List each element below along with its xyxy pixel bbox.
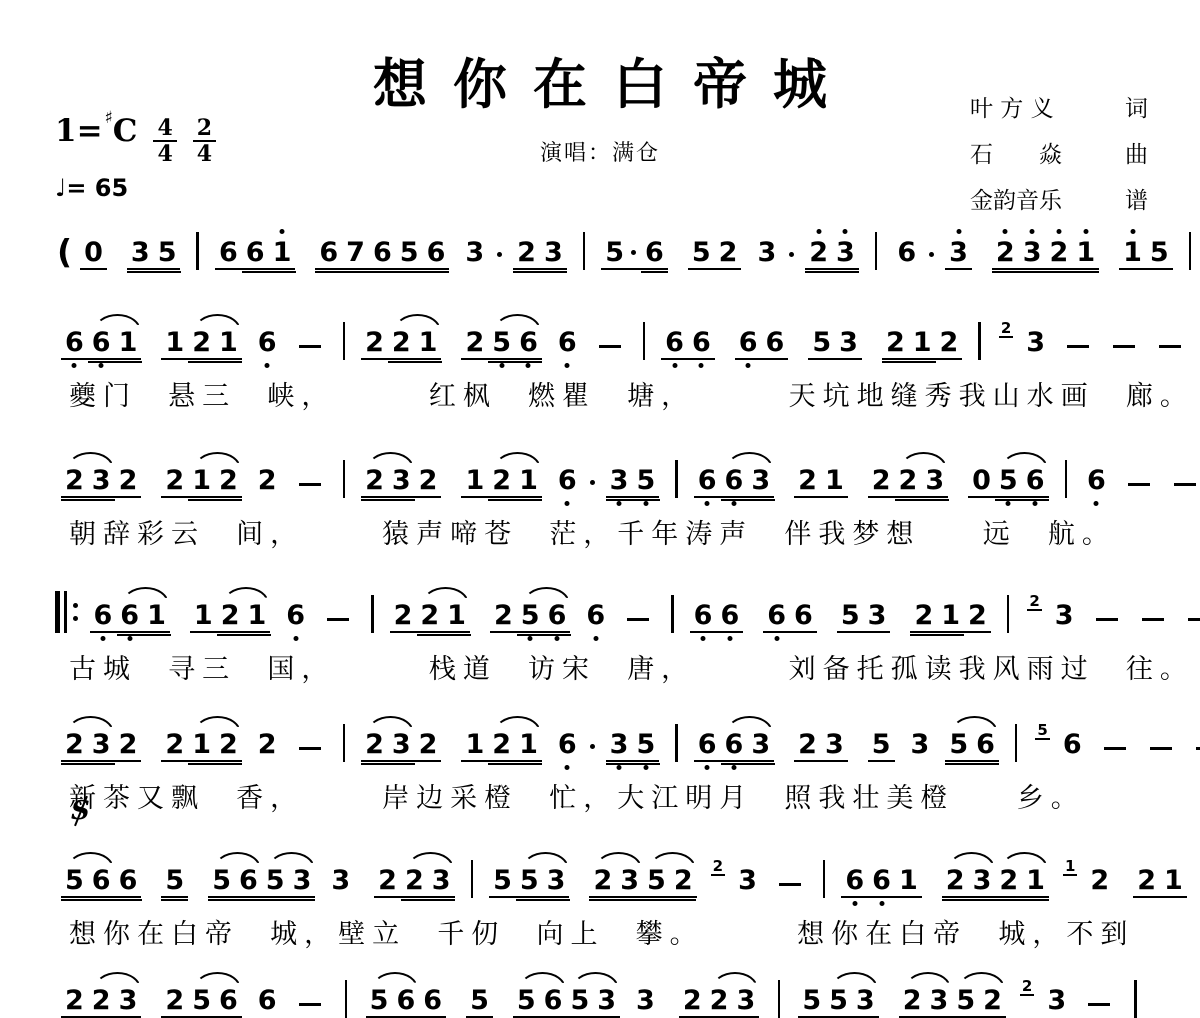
- duration-dash: [779, 883, 801, 887]
- note-6: 6: [544, 601, 571, 631]
- measure: 5652323: [595, 238, 865, 270]
- tempo-row: ♩= 65: [55, 174, 216, 202]
- beam-group: 35: [606, 466, 660, 498]
- note-5: 5: [868, 730, 895, 760]
- note-1: 1: [461, 730, 488, 760]
- low-octave-dot: [701, 636, 706, 641]
- beam-group: 5653: [513, 986, 620, 1018]
- credit-name: 石 焱: [970, 136, 1062, 169]
- note-6: 6: [215, 986, 242, 1016]
- note-2: 2: [217, 601, 244, 631]
- measure: 6611216: [84, 601, 362, 633]
- note-6: 6: [88, 866, 115, 896]
- note-2: 2: [488, 466, 515, 496]
- barline: [343, 724, 346, 762]
- high-octave-dot: [279, 229, 284, 234]
- sixteenth-underline: [882, 361, 936, 364]
- note-2: 2: [401, 866, 428, 896]
- note-6: 6: [215, 238, 242, 268]
- notation-row: (035661676563235652323632321156): [55, 200, 1147, 270]
- note-5: 5: [643, 866, 670, 896]
- note-3: 3: [835, 328, 862, 358]
- beam-group: 52: [688, 238, 742, 270]
- note-1: 1: [821, 466, 848, 496]
- barline: [1007, 595, 1010, 633]
- note-6: 6: [641, 238, 668, 268]
- lyrics-line: 朝辞彩云 间， 猿声啼苍 茫，千年涛声 伴我梦想 远 航。: [55, 512, 1147, 551]
- note-2: 2: [388, 328, 415, 358]
- note-3: 3: [593, 986, 620, 1016]
- duration-dash: [1159, 345, 1181, 349]
- note-3: 3: [289, 866, 316, 896]
- low-octave-dot: [617, 765, 622, 770]
- duration-dash: [299, 345, 321, 349]
- duration-dash: [1174, 483, 1196, 487]
- sixteenth-underline: [516, 899, 570, 902]
- duration-dash: [299, 747, 321, 751]
- beam-group: 2352: [899, 986, 1006, 1018]
- note-2: 2: [942, 866, 969, 896]
- note-6: 6: [694, 730, 721, 760]
- beam-group: 23: [805, 238, 859, 270]
- barline: [875, 232, 878, 270]
- note-3: 3: [88, 466, 115, 496]
- music-system: 2232566566556533223553235223: [55, 948, 1147, 1018]
- note-1: 1: [1160, 866, 1187, 896]
- low-octave-dot: [727, 636, 732, 641]
- note-5: 5: [516, 866, 543, 896]
- measure: 566556533223: [360, 986, 766, 1018]
- repeat-dots: [73, 603, 78, 621]
- beam-group: 15: [1119, 238, 1173, 270]
- tempo-value: = 65: [66, 174, 128, 202]
- beam-group: 221: [361, 328, 441, 360]
- note-5: 5: [488, 328, 515, 358]
- measure: 6: [1077, 466, 1200, 498]
- note-3: 3: [821, 730, 848, 760]
- low-octave-dot: [1033, 501, 1038, 506]
- thin-bar: [64, 591, 67, 633]
- grace-note: 5: [1035, 722, 1049, 740]
- note-6: 6: [254, 328, 281, 360]
- high-octave-dot: [1130, 229, 1135, 234]
- measure: 66167656323: [209, 238, 573, 270]
- note-3: 3: [428, 866, 455, 896]
- low-octave-dot: [100, 636, 105, 641]
- note-2: 2: [1133, 866, 1160, 896]
- barline: [1015, 724, 1018, 762]
- quarter-note-icon: ♩: [55, 174, 66, 202]
- note-6: 6: [721, 730, 748, 760]
- duration-dash: [299, 483, 321, 487]
- measure: 566556533223: [55, 866, 461, 898]
- beam-group: 232: [61, 730, 141, 762]
- beam-group: 3: [945, 238, 972, 270]
- note-3: 3: [852, 986, 879, 1016]
- beam-group: 223: [374, 866, 454, 898]
- augmentation-dot: [789, 252, 794, 257]
- beam-group: 35: [606, 730, 660, 762]
- beam-group: 566: [61, 866, 141, 898]
- note-2: 2: [415, 466, 442, 496]
- credit-role: 词: [1125, 90, 1148, 123]
- high-octave-dot: [816, 229, 821, 234]
- lyrics-line: 想你在白帝 城，壁立 千仞 向上 攀。 想你在白帝 城，不到: [55, 912, 1147, 951]
- note-6: 6: [893, 238, 920, 270]
- low-octave-dot: [565, 501, 570, 506]
- notation-row: 6611216221256666665321223: [55, 563, 1147, 633]
- note-7: 7: [342, 238, 369, 268]
- low-octave-dot: [1094, 501, 1099, 506]
- barline: [471, 860, 474, 898]
- duration-dash: [599, 345, 621, 349]
- note-5: 5: [1146, 238, 1173, 268]
- lyrics-line: 古城 寻三 国， 栈道 访宋 唐， 刘备托孤读我风雨过 往。: [55, 647, 1147, 686]
- note-3: 3: [632, 986, 659, 1018]
- segno-icon: S: [71, 798, 90, 824]
- note-5: 5: [161, 866, 188, 896]
- note-0: 0: [968, 466, 995, 496]
- beam-group: 212: [910, 601, 990, 633]
- sixteenth-underline: [242, 271, 296, 274]
- barline: [675, 460, 678, 498]
- note-5: 5: [632, 466, 659, 496]
- sixteenth-underline: [942, 899, 1049, 902]
- music-system: 2322122232121635663212230566朝辞彩云 间， 猿声啼苍…: [55, 428, 1147, 551]
- note-3: 3: [832, 238, 859, 268]
- beam-group: 223: [868, 466, 948, 498]
- grace-note: 2: [1020, 978, 1034, 996]
- notation-row: 232212223212163566323535656: [55, 692, 1147, 762]
- note-2: 2: [61, 986, 88, 1016]
- measure: 2232566: [55, 986, 333, 1018]
- barline: [643, 322, 646, 360]
- measure: 63232115: [887, 238, 1178, 270]
- sixteenth-underline: [188, 763, 242, 766]
- note-6: 6: [392, 986, 419, 1016]
- time-signatures: 4424: [153, 116, 216, 166]
- duration-dash: [1128, 483, 1150, 487]
- measure: 56: [1027, 722, 1200, 762]
- note-3: 3: [732, 986, 759, 1016]
- beam-group: 5: [466, 986, 493, 1018]
- note-3: 3: [1022, 328, 1049, 360]
- note-3: 3: [747, 730, 774, 760]
- beam-group: 21: [794, 466, 848, 498]
- note-6: 6: [515, 328, 542, 358]
- note-5: 5: [952, 986, 979, 1016]
- note-5: 5: [995, 466, 1022, 496]
- sixteenth-underline: [945, 763, 999, 766]
- beam-group: 212: [882, 328, 962, 360]
- high-octave-dot: [956, 229, 961, 234]
- note-2: 2: [706, 986, 733, 1016]
- note-6: 6: [716, 601, 743, 631]
- note-3: 3: [543, 866, 570, 896]
- grace-note: 2: [711, 858, 725, 876]
- beam-group: 661: [215, 238, 295, 270]
- note-2: 2: [361, 730, 388, 760]
- note-2: 2: [868, 466, 895, 496]
- measure: 2322122: [55, 730, 333, 762]
- time-signature: 44: [153, 116, 176, 166]
- note-3: 3: [388, 730, 415, 760]
- note-2: 2: [361, 328, 388, 358]
- notation-row: 56655653322355323522366123211221: [55, 828, 1147, 898]
- note-5: 5: [188, 986, 215, 1016]
- notation-row: 2232566566556533223553235223: [55, 948, 1147, 1018]
- beam-group: 66: [763, 601, 817, 633]
- note-6: 6: [735, 328, 762, 358]
- measure: 553235223: [483, 858, 813, 898]
- beam-group: 2321: [992, 238, 1099, 270]
- beam-group: 256: [490, 601, 570, 633]
- beam-group: 23: [513, 238, 567, 270]
- beam-group: 35: [127, 238, 181, 270]
- credit-name: 叶 方 义: [970, 90, 1054, 123]
- note-2: 2: [895, 466, 922, 496]
- note-2: 2: [161, 986, 188, 1016]
- low-octave-dot: [746, 363, 751, 368]
- note-6: 6: [235, 866, 262, 896]
- note-5: 5: [808, 328, 835, 358]
- note-2: 2: [61, 730, 88, 760]
- music-system: 6611216221256666665321223古城 寻三 国， 栈道 访宋 …: [55, 563, 1147, 686]
- note-6: 6: [369, 238, 396, 268]
- note-6: 6: [582, 601, 609, 633]
- note-5: 5: [945, 730, 972, 760]
- beam-group: 67656: [315, 238, 449, 270]
- low-octave-dot: [127, 636, 132, 641]
- barline: [1134, 980, 1137, 1018]
- sixteenth-underline: [606, 499, 660, 502]
- beam-group: 53: [808, 328, 862, 360]
- note-3: 3: [115, 986, 142, 1016]
- note-5: 5: [517, 601, 544, 631]
- notation-row: 6611216221256666665321223: [55, 290, 1147, 360]
- barline: [196, 232, 199, 270]
- note-2: 2: [715, 238, 742, 268]
- note-6: 6: [116, 601, 143, 631]
- sixteenth-underline: [188, 499, 242, 502]
- sixteenth-underline: [488, 763, 542, 766]
- note-2: 2: [61, 466, 88, 496]
- sharp-icon: ♯: [105, 110, 113, 127]
- barline: [343, 460, 346, 498]
- beam-group: 566: [366, 986, 446, 1018]
- note-6: 6: [115, 866, 142, 896]
- note-5: 5: [466, 986, 493, 1016]
- beam-group: 2352: [589, 866, 696, 898]
- beam-group: 256: [161, 986, 241, 1018]
- note-2: 2: [254, 466, 281, 498]
- high-octave-dot: [1003, 229, 1008, 234]
- beam-group: 232: [61, 466, 141, 498]
- beam-group: 221: [390, 601, 470, 633]
- note-6: 6: [763, 601, 790, 631]
- low-octave-dot: [731, 765, 736, 770]
- note-1: 1: [215, 328, 242, 358]
- sixteenth-underline: [161, 899, 188, 902]
- note-3: 3: [1043, 986, 1070, 1018]
- note-2: 2: [1046, 238, 1073, 268]
- segno-row: S: [71, 798, 1147, 828]
- time-sig-numerator: 4: [153, 116, 176, 142]
- high-octave-dot: [843, 229, 848, 234]
- note-2: 2: [882, 328, 909, 358]
- sixteenth-underline: [589, 899, 696, 902]
- note-6: 6: [254, 986, 281, 1018]
- beam-group: 66: [661, 328, 715, 360]
- sixteenth-underline: [361, 763, 415, 766]
- sixteenth-underline: [188, 361, 242, 364]
- note-3: 3: [921, 466, 948, 496]
- augmentation-dot: [631, 250, 636, 255]
- note-5: 5: [837, 601, 864, 631]
- note-3: 3: [127, 238, 154, 268]
- note-2: 2: [936, 328, 963, 358]
- sixteenth-underline: [315, 271, 449, 274]
- note-5: 5: [366, 986, 393, 1016]
- low-octave-dot: [643, 765, 648, 770]
- note-2: 2: [964, 601, 991, 631]
- sixteenth-underline: [992, 271, 1099, 274]
- low-octave-dot: [565, 363, 570, 368]
- note-5: 5: [61, 866, 88, 896]
- key-prefix: 1=: [55, 116, 103, 147]
- note-6: 6: [242, 238, 269, 268]
- note-6: 6: [661, 328, 688, 358]
- high-octave-dot: [1056, 229, 1061, 234]
- key-row: 1=♯C 4424: [55, 116, 216, 166]
- note-3: 3: [864, 601, 891, 631]
- note-6: 6: [315, 238, 342, 268]
- note-1: 1: [415, 328, 442, 358]
- low-octave-dot: [526, 363, 531, 368]
- beam-group: 661: [841, 866, 921, 898]
- duration-dash: [1067, 345, 1089, 349]
- note-6: 6: [282, 601, 309, 633]
- beam-group: 66: [735, 328, 789, 360]
- note-2: 2: [461, 328, 488, 358]
- note-5: 5: [154, 238, 181, 268]
- sixteenth-underline: [721, 499, 775, 502]
- credit-row: 叶 方 义词: [970, 90, 1148, 123]
- note-5: 5: [825, 986, 852, 1016]
- duration-dash: [1113, 345, 1135, 349]
- note-3: 3: [926, 986, 953, 1016]
- beam-group: 0: [80, 238, 107, 270]
- note-2: 2: [215, 730, 242, 760]
- note-1: 1: [461, 466, 488, 496]
- note-2: 2: [979, 986, 1006, 1016]
- note-2: 2: [805, 238, 832, 268]
- key-meta: 1=♯C 4424 ♩= 65: [55, 116, 216, 202]
- beam-group: 661: [90, 601, 170, 633]
- measure: 66123211221: [835, 858, 1192, 898]
- time-signature: 24: [193, 116, 216, 166]
- sixteenth-underline: [641, 271, 668, 274]
- note-6: 6: [554, 328, 581, 360]
- thick-bar: [55, 591, 60, 633]
- low-octave-dot: [852, 901, 857, 906]
- beam-group: 212: [161, 466, 241, 498]
- measure: 666653212: [684, 601, 997, 633]
- note-6: 6: [554, 730, 581, 762]
- note-2: 2: [416, 601, 443, 631]
- low-octave-dot: [617, 501, 622, 506]
- note-1: 1: [188, 730, 215, 760]
- beam-group: 056: [968, 466, 1048, 498]
- measure: 666653212: [655, 328, 968, 360]
- low-octave-dot: [265, 363, 270, 368]
- note-1: 1: [243, 601, 270, 631]
- note-5: 5: [566, 986, 593, 1016]
- low-octave-dot: [705, 501, 710, 506]
- note-2: 2: [910, 601, 937, 631]
- sixteenth-underline: [517, 634, 571, 637]
- duration-dash: [1188, 618, 1200, 622]
- sixteenth-underline: [361, 499, 415, 502]
- sixteenth-underline: [805, 271, 859, 274]
- sixteenth-underline: [88, 361, 142, 364]
- note-6: 6: [688, 328, 715, 358]
- note-5: 5: [601, 238, 628, 268]
- sixteenth-underline: [417, 634, 471, 637]
- barline: [823, 860, 826, 898]
- beam-group: 232: [361, 730, 441, 762]
- music-system: 232212223212163566323535656新茶又飘 香， 岸边采橙 …: [55, 692, 1147, 815]
- note-2: 2: [670, 866, 697, 896]
- note-6: 6: [721, 466, 748, 496]
- note-2: 2: [374, 866, 401, 896]
- barline: [371, 595, 374, 633]
- beam-group: 56: [945, 730, 999, 762]
- note-6: 6: [972, 730, 999, 760]
- beam-group: 223: [61, 986, 141, 1018]
- note-2: 2: [415, 730, 442, 760]
- sixteenth-underline: [488, 499, 542, 502]
- grace-note: 1: [1063, 858, 1077, 876]
- beam-group: 5: [868, 730, 895, 762]
- note-2: 2: [679, 986, 706, 1016]
- note-2: 2: [513, 238, 540, 268]
- note-2: 2: [390, 601, 417, 631]
- measure: 663235356: [688, 730, 1005, 762]
- notation-row: 2322122232121635663212230566: [55, 428, 1147, 498]
- sixteenth-underline: [61, 499, 115, 502]
- low-octave-dot: [528, 636, 533, 641]
- augmentation-dot: [590, 480, 595, 485]
- beam-group: 5: [161, 866, 188, 898]
- low-octave-dot: [99, 363, 104, 368]
- note-2: 2: [490, 601, 517, 631]
- note-6: 6: [790, 601, 817, 631]
- note-1: 1: [269, 238, 296, 268]
- barline: [778, 980, 781, 1018]
- note-6: 6: [1022, 466, 1049, 496]
- note-5: 5: [513, 986, 540, 1016]
- sixteenth-underline: [513, 271, 567, 274]
- note-6: 6: [540, 986, 567, 1016]
- duration-dash: [1104, 747, 1126, 751]
- measure: 2212566: [355, 328, 633, 360]
- note-3: 3: [1019, 238, 1046, 268]
- sixteenth-underline: [388, 361, 442, 364]
- note-6: 6: [868, 866, 895, 896]
- note-2: 2: [88, 986, 115, 1016]
- music-system: S56655653322355323522366123211221想你在白帝 城…: [55, 798, 1147, 951]
